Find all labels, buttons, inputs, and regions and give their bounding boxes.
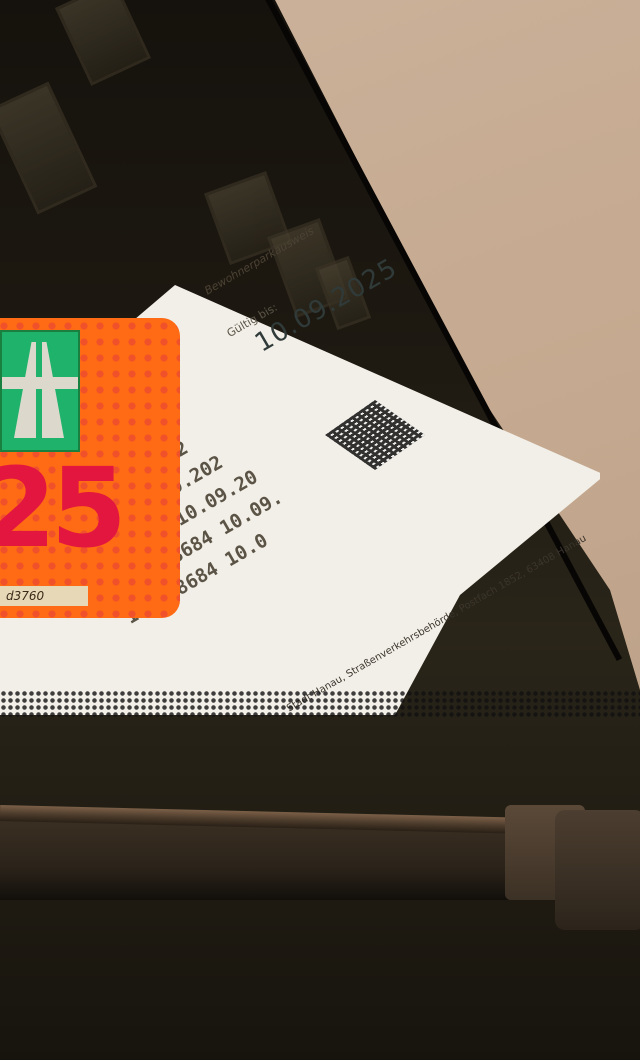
photo-scene: Bewohnerparkausweis Gültig bis: 10.09.20… xyxy=(0,0,640,1060)
vignette-serial: d3760 xyxy=(0,586,88,606)
autobahn-vignette: 25 d3760 xyxy=(0,318,180,618)
window-reflection xyxy=(55,0,151,86)
wiper-end xyxy=(555,810,640,930)
windshield-frit-dots xyxy=(0,690,640,718)
autobahn-icon xyxy=(0,330,80,452)
window-reflection xyxy=(0,81,97,214)
vignette-year: 25 xyxy=(0,453,121,563)
